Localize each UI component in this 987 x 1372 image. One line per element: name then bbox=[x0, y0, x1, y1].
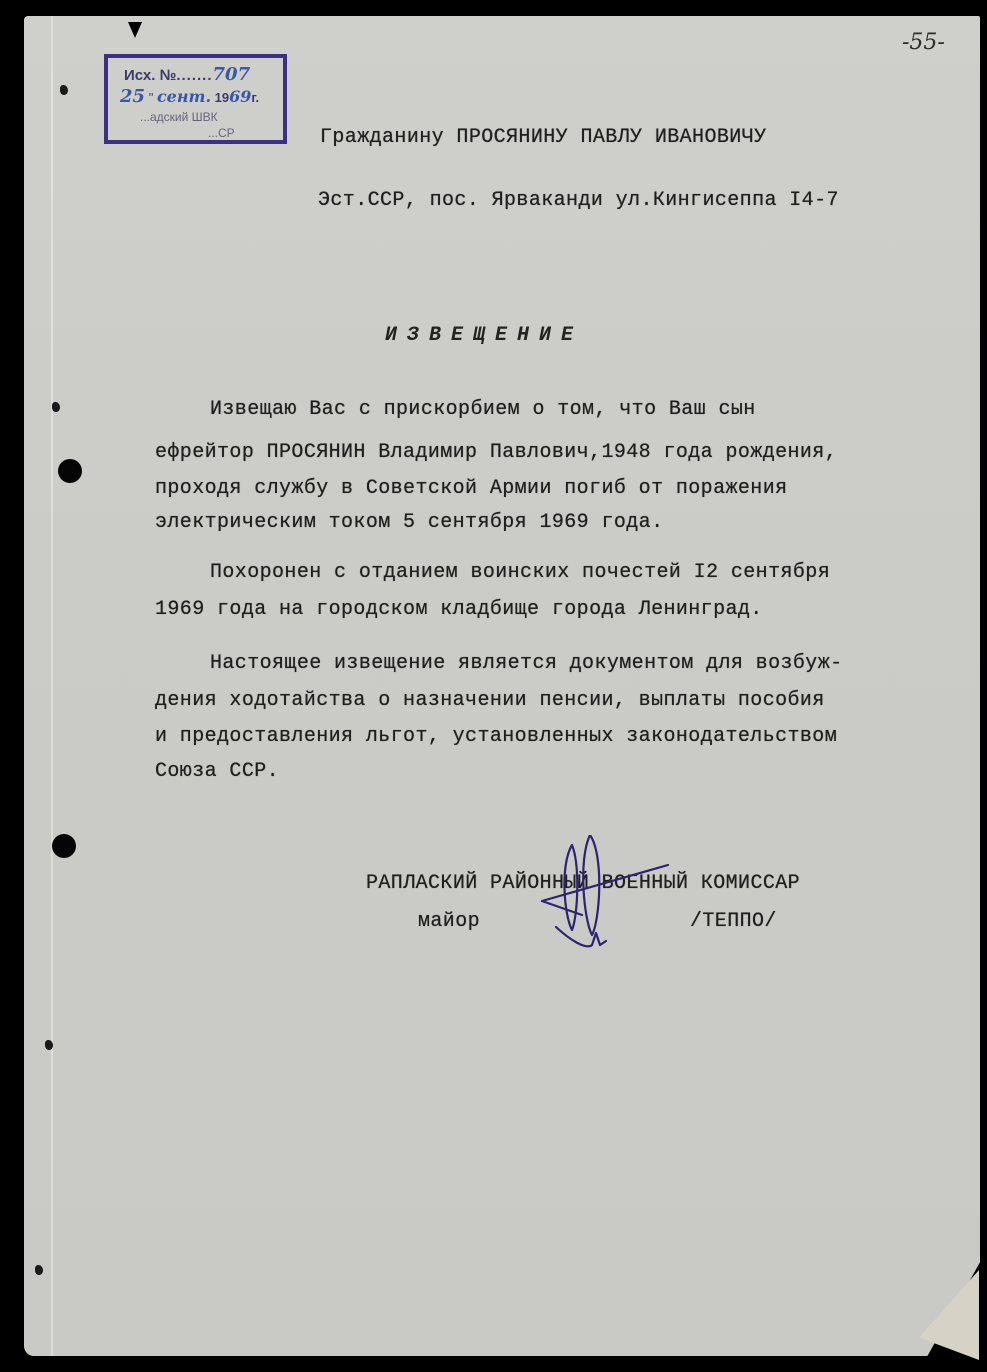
document-page bbox=[24, 16, 980, 1356]
recipient-address: Эст.ССР, пос. Ярваканди ул.Кингисеппа I4… bbox=[318, 189, 839, 212]
body-line: ефрейтор ПРОСЯНИН Владимир Павлович,1948… bbox=[155, 441, 837, 464]
signatory-name: /ТЕППО/ bbox=[690, 910, 777, 933]
body-line: Союза ССР. bbox=[155, 760, 279, 783]
stamp-outgoing-number: 707 bbox=[213, 64, 251, 85]
body-line: и предоставления льгот, установленных за… bbox=[155, 725, 837, 748]
paper-tear bbox=[45, 1040, 53, 1050]
paper-tear bbox=[60, 85, 68, 95]
document-title: ИЗВЕЩЕНИЕ bbox=[385, 324, 583, 347]
outgoing-registration-stamp: Исх. №.......707 25 " сент. 1969г. ...ад… bbox=[104, 54, 287, 144]
body-line: проходя службу в Советской Армии погиб о… bbox=[155, 477, 788, 500]
stamp-date-year-prefix: 19 bbox=[215, 90, 229, 105]
handwritten-signature bbox=[520, 835, 680, 955]
signatory-rank: майор bbox=[418, 910, 480, 933]
stamp-date-month: сент. bbox=[157, 87, 211, 106]
body-line: электрическим током 5 сентября 1969 года… bbox=[155, 511, 663, 534]
stamp-org-line-2: ...СР bbox=[208, 126, 235, 140]
stamp-date-year-suffix: 69 bbox=[229, 87, 251, 106]
paper-tear bbox=[52, 402, 60, 412]
stamp-date-day: 25 bbox=[120, 86, 145, 107]
body-line: Похоронен с отданием воинских почестей I… bbox=[210, 561, 830, 584]
paper-tear bbox=[35, 1265, 43, 1275]
recipient-name: Гражданину ПРОСЯНИНУ ПАВЛУ ИВАНОВИЧУ bbox=[320, 126, 766, 149]
stamp-org-line-1: ...адский ШВК bbox=[140, 110, 218, 124]
stamp-outgoing-label: Исх. № bbox=[124, 67, 176, 84]
punch-hole-bottom bbox=[52, 834, 76, 858]
archive-page-number: -55- bbox=[902, 30, 945, 55]
stamp-year-label: г. bbox=[251, 90, 259, 105]
body-line: 1969 года на городском кладбище города Л… bbox=[155, 598, 763, 621]
body-line: Извещаю Вас с прискорбием о том, что Ваш… bbox=[210, 398, 756, 421]
body-line: Настоящее извещение является документом … bbox=[210, 652, 843, 675]
page-notch bbox=[128, 22, 142, 38]
punch-hole-top bbox=[58, 459, 82, 483]
body-line: дения ходотайства о назначении пенсии, в… bbox=[155, 689, 825, 712]
